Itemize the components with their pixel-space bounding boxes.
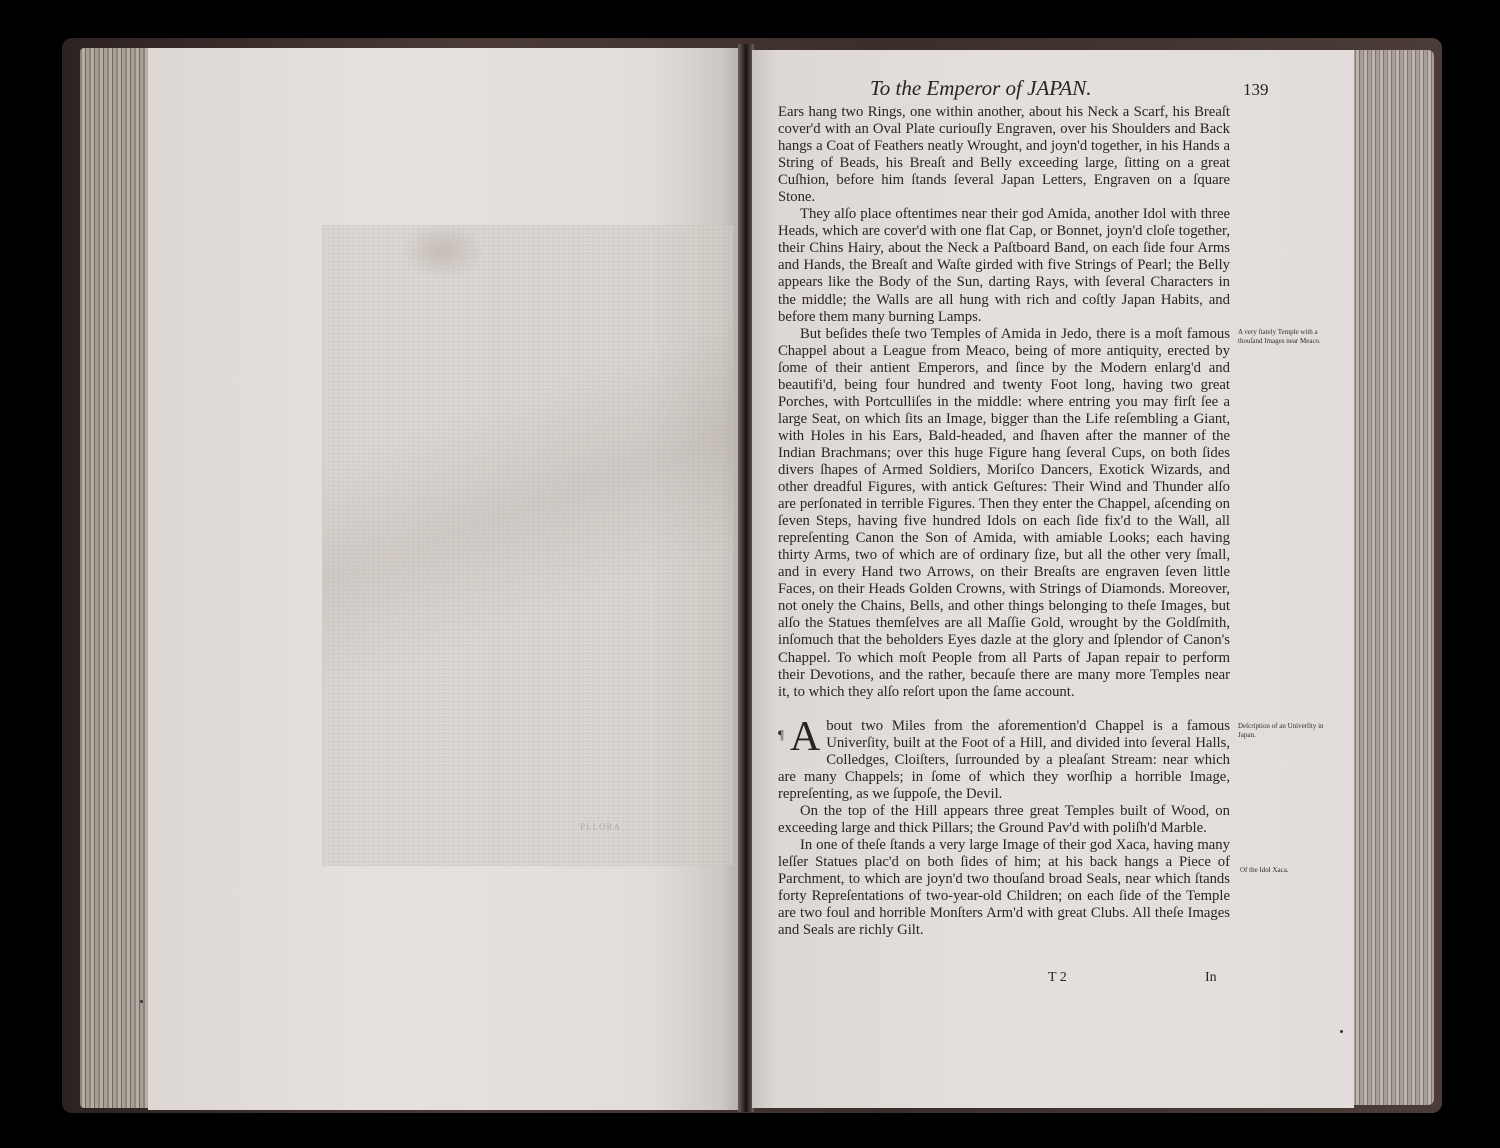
catchword: In	[1205, 970, 1217, 986]
body-text: Ears hang two Rings, one within another,…	[778, 104, 1230, 939]
signature-mark: T 2	[1048, 970, 1067, 986]
section-university: ¶ A bout two Miles from the aforemention…	[778, 718, 1230, 803]
paragraph-6: In one of theſe ſtands a very large Imag…	[778, 837, 1230, 939]
right-page-edges	[1352, 50, 1434, 1105]
paragraph-1: Ears hang two Rings, one within another,…	[778, 104, 1230, 206]
running-head: To the Emperor of JAPAN.	[870, 76, 1091, 101]
margin-note-temple: A very ſtately Temple with a thouſand Im…	[1238, 328, 1338, 345]
foxing-spot	[1340, 1030, 1343, 1033]
page-number: 139	[1243, 80, 1269, 100]
engraving-show-through	[322, 225, 733, 866]
left-page-edges	[80, 48, 150, 1108]
paragraph-4: bout two Miles from the aforemention'd C…	[778, 718, 1230, 803]
pilcrow-icon: ¶	[778, 726, 784, 743]
paragraph-5: On the top of the Hill appears three gre…	[778, 803, 1230, 837]
paragraph-2: They alſo place oftentimes near their go…	[778, 206, 1230, 325]
margin-note-xaca: Of the Idol Xaca.	[1240, 866, 1340, 875]
drop-cap: A	[790, 720, 820, 754]
plate-caption-show-through: PLLORA	[580, 822, 621, 832]
margin-note-university: Deſcription of an Univerſity in Japan.	[1238, 722, 1338, 739]
foxing-spot	[140, 1000, 143, 1003]
paragraph-3: But beſides theſe two Temples of Amida i…	[778, 326, 1230, 701]
